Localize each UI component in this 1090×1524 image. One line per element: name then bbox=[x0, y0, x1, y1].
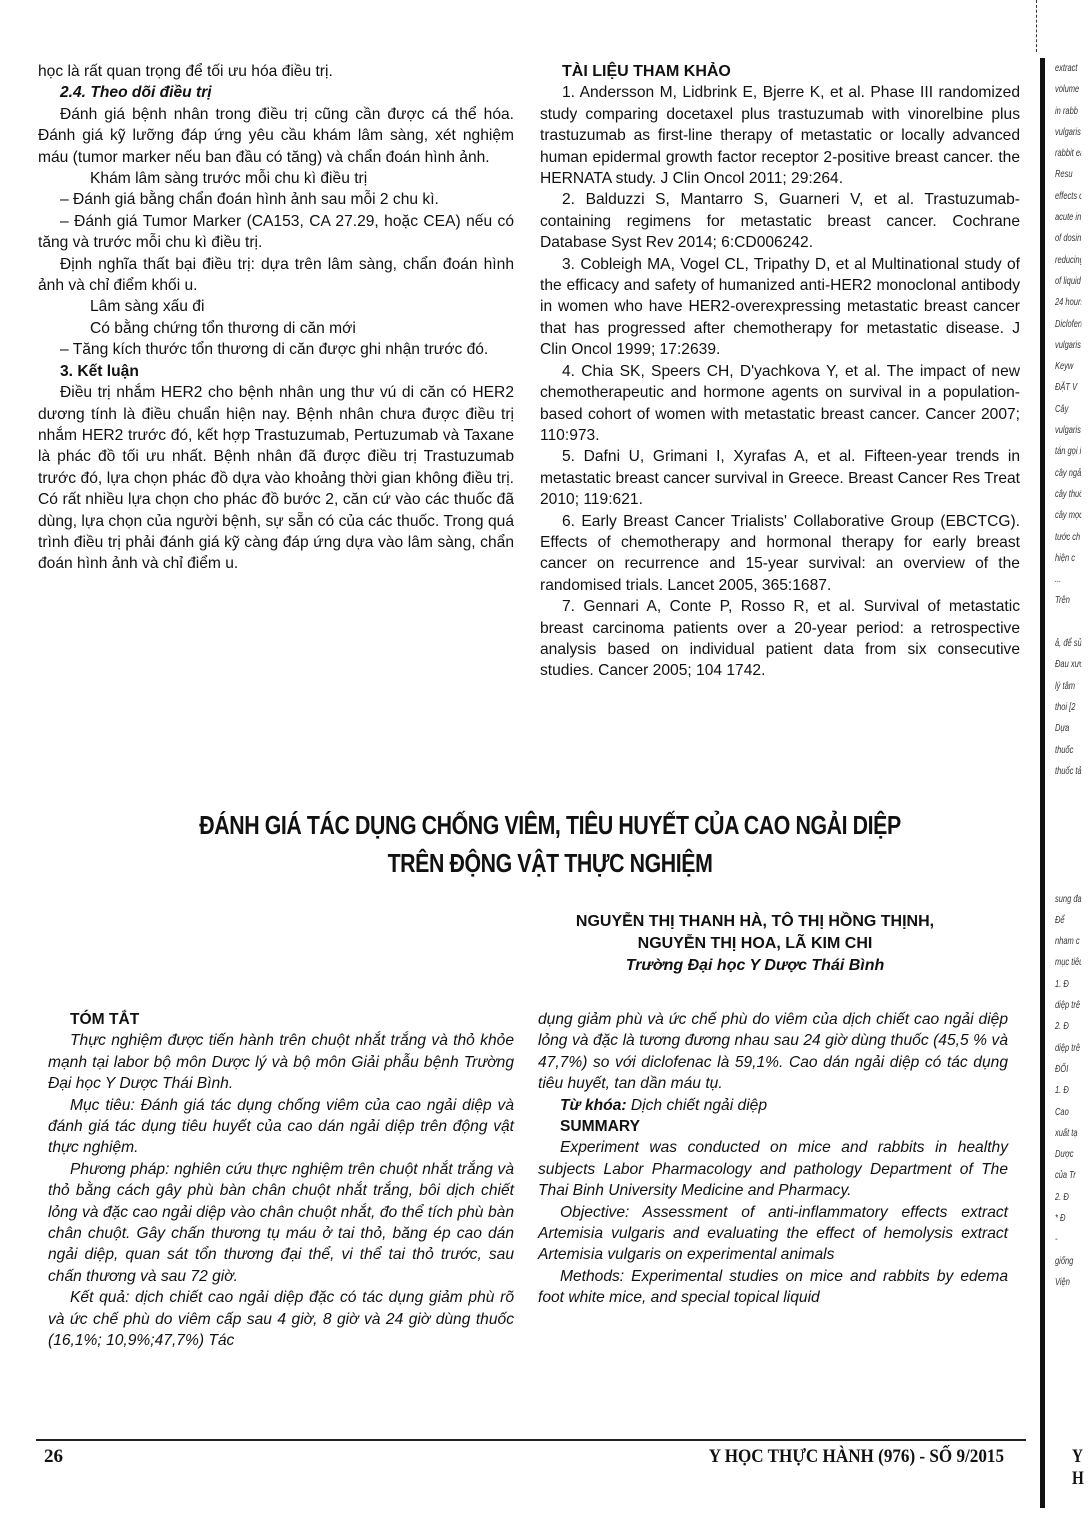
authors-line: NGUYỄN THỊ THANH HÀ, TÔ THỊ HỒNG THỊNH, bbox=[535, 911, 975, 933]
adjacent-page-line: diệp trê bbox=[1055, 1038, 1081, 1059]
adjacent-page-line: Đau xươ bbox=[1055, 654, 1081, 675]
page-number: 26 bbox=[44, 1446, 63, 1468]
references-column: TÀI LIỆU THAM KHẢO 1. Andersson M, Lidbr… bbox=[540, 61, 1020, 682]
list-item: – Đánh giá bằng chẩn đoán hình ảnh sau m… bbox=[38, 189, 514, 210]
reference-item: 4. Chia SK, Speers CH, D'yachkova Y, et … bbox=[540, 361, 1020, 447]
adjacent-page-line: nham c bbox=[1055, 931, 1081, 952]
adjacent-page-line: Viện bbox=[1055, 1272, 1081, 1293]
adjacent-page-line bbox=[1055, 867, 1081, 888]
footer-divider bbox=[36, 1439, 1026, 1441]
adjacent-page-line: Dựa bbox=[1055, 718, 1081, 739]
adjacent-page-line: extract bbox=[1055, 58, 1081, 79]
adjacent-page-line: acute infl bbox=[1055, 207, 1081, 228]
binding-gutter-shadow bbox=[1040, 58, 1045, 1508]
reference-item: 7. Gennari A, Conte P, Rosso R, et al. S… bbox=[540, 596, 1020, 682]
adjacent-page-line: thuốc bbox=[1055, 740, 1081, 761]
adjacent-page-line: Cây bbox=[1055, 399, 1081, 420]
paragraph: Định nghĩa thất bại điều trị: dựa trên l… bbox=[38, 254, 514, 297]
adjacent-page-line bbox=[1055, 846, 1081, 867]
list-item: – Tăng kích thước tổn thương di căn được… bbox=[38, 339, 514, 360]
left-column-previous-article: học là rất quan trọng để tối ưu hóa điều… bbox=[38, 61, 514, 575]
adjacent-page-line: Trên bbox=[1055, 590, 1081, 611]
adjacent-page-line: 2. Đ bbox=[1055, 1187, 1081, 1208]
reference-item: 5. Dafni U, Grimani I, Xyrafas A, et al.… bbox=[540, 446, 1020, 510]
adjacent-page-line: tước ch bbox=[1055, 527, 1081, 548]
article-title-line: TRÊN ĐỘNG VẬT THỰC NGHIỆM bbox=[181, 844, 919, 882]
adjacent-page-line: 1. Đ bbox=[1055, 1080, 1081, 1101]
abstract-paragraph: Thực nghiệm được tiến hành trên chuột nh… bbox=[48, 1030, 514, 1094]
adjacent-page-line: thoi [2 bbox=[1055, 697, 1081, 718]
adjacent-page-line: 24 hours bbox=[1055, 292, 1081, 313]
abstract-methods: Phương pháp: nghiên cứu thực nghiệm trên… bbox=[48, 1159, 514, 1287]
adjacent-page-line: giống bbox=[1055, 1251, 1081, 1272]
adjacent-page-line: 2. Đ bbox=[1055, 1016, 1081, 1037]
keywords: Từ khóa: Dịch chiết ngải diệp bbox=[538, 1095, 1008, 1116]
summary-objective: Objective: Assessment of anti-inflammato… bbox=[538, 1202, 1008, 1266]
adjacent-page-line: xuất tạ bbox=[1055, 1123, 1081, 1144]
references-heading: TÀI LIỆU THAM KHẢO bbox=[540, 61, 1020, 82]
abstract-vietnamese: TÓM TẮT Thực nghiệm được tiến hành trên … bbox=[48, 1009, 514, 1352]
adjacent-page-line bbox=[1055, 612, 1081, 633]
adjacent-page-line: cây mọc bbox=[1055, 505, 1081, 526]
adjacent-page-line: * Đ bbox=[1055, 1208, 1081, 1229]
adjacent-page-line: Diclofenac bbox=[1055, 314, 1081, 335]
adjacent-page-line bbox=[1055, 825, 1081, 846]
adjacent-page-line: cây ngải bbox=[1055, 463, 1081, 484]
gutter-dashed-line bbox=[1036, 0, 1038, 52]
adjacent-page-line: reducing bbox=[1055, 250, 1081, 271]
adjacent-page-line: - bbox=[1055, 1229, 1081, 1250]
journal-footer: Y HỌC THỰC HÀNH (976) - SỐ 9/2015 bbox=[676, 1446, 1004, 1468]
adjacent-page-line: vulgaris h bbox=[1055, 335, 1081, 356]
list-item: Có bằng chứng tổn thương di căn mới bbox=[38, 318, 514, 339]
list-item: – Đánh giá Tumor Marker (CA153, CA 27.29… bbox=[38, 211, 514, 254]
adjacent-page-line: mục tiêu bbox=[1055, 952, 1081, 973]
summary-methods: Methods: Experimental studies on mice an… bbox=[538, 1266, 1008, 1309]
adjacent-page-line: thuốc tả bbox=[1055, 761, 1081, 782]
adjacent-page-line: in rabb bbox=[1055, 101, 1081, 122]
adjacent-page-line bbox=[1055, 782, 1081, 803]
adjacent-page-line: of liquid e bbox=[1055, 271, 1081, 292]
paragraph: học là rất quan trọng để tối ưu hóa điều… bbox=[38, 61, 514, 82]
affiliation: Trường Đại học Y Dược Thái Bình bbox=[535, 955, 975, 977]
adjacent-page-line: sung đa bbox=[1055, 889, 1081, 910]
adjacent-page-line: effects c bbox=[1055, 186, 1081, 207]
abstract-results-continued: dụng giảm phù và ức chế phù do viêm của … bbox=[538, 1009, 1008, 1095]
adjacent-page-line: vulgaris L bbox=[1055, 420, 1081, 441]
abstract-results: Kết quả: dịch chiết cao ngải diệp đặc có… bbox=[48, 1287, 514, 1351]
adjacent-page-line: lý tâm bbox=[1055, 676, 1081, 697]
adjacent-page-line: 1. Đ bbox=[1055, 974, 1081, 995]
reference-item: 6. Early Breast Cancer Trialists' Collab… bbox=[540, 511, 1020, 597]
summary-paragraph: Experiment was conducted on mice and rab… bbox=[538, 1137, 1008, 1201]
adjacent-page-line: Cao bbox=[1055, 1102, 1081, 1123]
section-heading-conclusion: 3. Kết luận bbox=[38, 361, 514, 382]
paragraph: Đánh giá bệnh nhân trong điều trị cũng c… bbox=[38, 104, 514, 168]
adjacent-page-line: tán gọi ir bbox=[1055, 441, 1081, 462]
adjacent-page-line: rabbit ea bbox=[1055, 143, 1081, 164]
abstract-continuation-and-summary: dụng giảm phù và ức chế phù do viêm của … bbox=[538, 1009, 1008, 1309]
article-title: ĐÁNH GIÁ TÁC DỤNG CHỐNG VIÊM, TIÊU HUYẾT… bbox=[181, 806, 919, 882]
abstract-objective: Mục tiêu: Đánh giá tác dụng chống viêm c… bbox=[48, 1095, 514, 1159]
adjacent-page-footer: Y H bbox=[1072, 1446, 1086, 1490]
paragraph: Điều trị nhắm HER2 cho bệnh nhân ung thư… bbox=[38, 382, 514, 575]
authors-line: NGUYỄN THỊ HOA, LÃ KIM CHI bbox=[535, 933, 975, 955]
adjacent-page-text: extractvolumein rabbvulgarisrabbit ea Re… bbox=[1055, 58, 1081, 1293]
adjacent-page-line bbox=[1055, 803, 1081, 824]
adjacent-page-line: diệp trê bbox=[1055, 995, 1081, 1016]
paragraph: Khám lâm sàng trước mỗi chu kì điều trị bbox=[38, 168, 514, 189]
adjacent-page-line: vulgaris bbox=[1055, 122, 1081, 143]
summary-heading: SUMMARY bbox=[538, 1116, 1008, 1137]
article-title-line: ĐÁNH GIÁ TÁC DỤNG CHỐNG VIÊM, TIÊU HUYẾT… bbox=[181, 806, 919, 844]
adjacent-page-line: ... bbox=[1055, 569, 1081, 590]
adjacent-page-line: Resu bbox=[1055, 164, 1081, 185]
section-heading-2-4: 2.4. Theo dõi điều trị bbox=[38, 82, 514, 103]
keywords-label: Từ khóa: bbox=[560, 1097, 627, 1114]
reference-item: 2. Balduzzi S, Mantarro S, Guarneri V, e… bbox=[540, 189, 1020, 253]
list-item: Lâm sàng xấu đi bbox=[38, 296, 514, 317]
adjacent-page-line: Keyw bbox=[1055, 356, 1081, 377]
adjacent-page-line: ả, để sủ bbox=[1055, 633, 1081, 654]
adjacent-page-line: của Tr bbox=[1055, 1165, 1081, 1186]
adjacent-page-line: Dược bbox=[1055, 1144, 1081, 1165]
adjacent-page-line: cây thuố bbox=[1055, 484, 1081, 505]
adjacent-page-line: ĐỐI bbox=[1055, 1059, 1081, 1080]
reference-item: 1. Andersson M, Lidbrink E, Bjerre K, et… bbox=[540, 82, 1020, 189]
adjacent-page-line: hiện c bbox=[1055, 548, 1081, 569]
adjacent-page-line: volume bbox=[1055, 79, 1081, 100]
adjacent-page-line: ĐẶT V bbox=[1055, 377, 1081, 398]
reference-item: 3. Cobleigh MA, Vogel CL, Tripathy D, et… bbox=[540, 254, 1020, 361]
adjacent-page-line: of dosin bbox=[1055, 228, 1081, 249]
author-block: NGUYỄN THỊ THANH HÀ, TÔ THỊ HỒNG THỊNH, … bbox=[535, 911, 975, 977]
adjacent-page-line: Để bbox=[1055, 910, 1081, 931]
keywords-value: Dịch chiết ngải diệp bbox=[627, 1097, 767, 1114]
abstract-heading: TÓM TẮT bbox=[48, 1009, 514, 1030]
